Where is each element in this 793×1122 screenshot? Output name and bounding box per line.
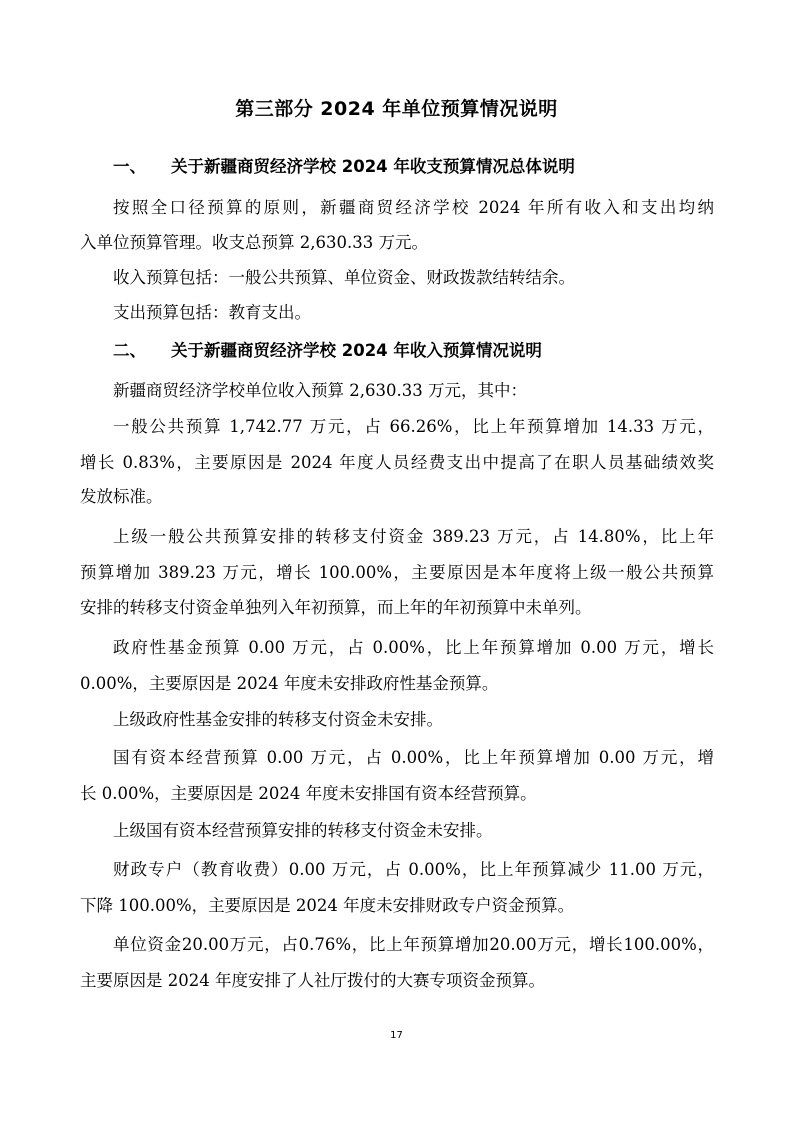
paragraph-line: 主要原因是 2024 年度安排了人社厅拨付的大赛专项资金预算。 <box>80 970 714 992</box>
section-1-heading-text: 关于新疆商贸经济学校 2024 年收支预算情况总体说明 <box>171 157 575 176</box>
paragraph-line: 上级一般公共预算安排的转移支付资金 389.23 万元，占 14.80%，比上年 <box>113 526 714 548</box>
page-number: 17 <box>0 1030 793 1041</box>
document-page: 第三部分 2024 年单位预算情况说明 一、关于新疆商贸经济学校 2024 年收… <box>0 0 793 1122</box>
paragraph-line: 长 0.00%，主要原因是 2024 年度未安排国有资本经营预算。 <box>80 783 714 805</box>
paragraph-line: 安排的转移支付资金单独列入年初预算，而上年的年初预算中未单列。 <box>80 597 714 619</box>
paragraph-line: 财政专户（教育收费）0.00 万元，占 0.00%，比上年预算减少 11.00 … <box>113 859 714 881</box>
paragraph-line: 0.00%，主要原因是 2024 年度未安排政府性基金预算。 <box>80 673 714 695</box>
paragraph-line: 上级政府性基金安排的转移支付资金未安排。 <box>113 709 714 731</box>
paragraph-line: 预算增加 389.23 万元，增长 100.00%，主要原因是本年度将上级一般公… <box>80 562 714 584</box>
section-1-heading: 一、关于新疆商贸经济学校 2024 年收支预算情况总体说明 <box>113 156 575 178</box>
paragraph-line: 单位资金20.00万元，占0.76%，比上年预算增加20.00万元，增长100.… <box>113 934 714 956</box>
paragraph-line: 国有资本经营预算 0.00 万元，占 0.00%，比上年预算增加 0.00 万元… <box>113 747 714 769</box>
paragraph-line: 一般公共预算 1,742.77 万元，占 66.26%，比上年预算增加 14.3… <box>113 416 714 438</box>
paragraph-line: 新疆商贸经济学校单位收入预算 2,630.33 万元，其中： <box>113 380 714 402</box>
paragraph-line: 下降 100.00%，主要原因是 2024 年度未安排财政专户资金预算。 <box>80 895 714 917</box>
paragraph-line: 支出预算包括：教育支出。 <box>113 302 714 324</box>
section-1-number: 一、 <box>113 156 171 178</box>
section-2-heading-text: 关于新疆商贸经济学校 2024 年收入预算情况说明 <box>171 341 542 360</box>
paragraph-line: 入单位预算管理。收支总预算 2,630.33 万元。 <box>80 232 714 254</box>
page-title: 第三部分 2024 年单位预算情况说明 <box>0 94 793 121</box>
paragraph-line: 收入预算包括：一般公共预算、单位资金、财政拨款结转结余。 <box>113 267 714 289</box>
paragraph-line: 政府性基金预算 0.00 万元，占 0.00%，比上年预算增加 0.00 万元，… <box>113 637 714 659</box>
paragraph-line: 按照全口径预算的原则，新疆商贸经济学校 2024 年所有收入和支出均纳 <box>113 197 714 219</box>
paragraph-line: 上级国有资本经营预算安排的转移支付资金未安排。 <box>113 820 714 842</box>
paragraph-line: 发放标准。 <box>80 486 714 508</box>
paragraph-line: 增长 0.83%，主要原因是 2024 年度人员经费支出中提高了在职人员基础绩效… <box>80 452 714 474</box>
section-2-heading: 二、关于新疆商贸经济学校 2024 年收入预算情况说明 <box>113 340 542 362</box>
section-2-number: 二、 <box>113 340 171 362</box>
